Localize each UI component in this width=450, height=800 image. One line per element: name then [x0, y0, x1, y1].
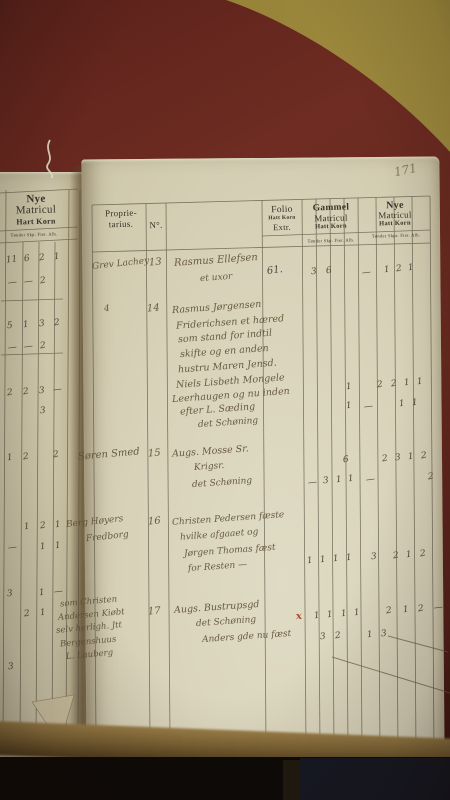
figure: — — [363, 402, 373, 412]
figure: 3 — [322, 477, 329, 487]
figure: 2 — [22, 453, 29, 463]
figure: 2 — [23, 610, 30, 620]
figure: 3 — [310, 268, 317, 278]
figure: 1 — [383, 266, 390, 276]
figure: 3 — [6, 590, 13, 600]
margin-note: 4 — [104, 305, 110, 314]
figure: 2 — [53, 319, 60, 329]
entry-number: 15 — [148, 449, 161, 460]
ledger-photo: 171 Nye Matricul Hart Korn Tønder Skp. F… — [0, 0, 450, 800]
figure: 2 — [39, 522, 46, 532]
figure: 1 — [39, 543, 46, 553]
figure: 11 — [5, 255, 17, 265]
figure: 1 — [405, 551, 412, 561]
figure: 2 — [52, 451, 59, 461]
figure: — — [23, 342, 33, 352]
col-proprietarius-line1: Proprie- — [98, 208, 144, 218]
figure: 2 — [385, 607, 392, 617]
figure: 3 — [38, 387, 45, 397]
figure: — — [307, 478, 317, 488]
figure: 1 — [407, 264, 414, 274]
figure: 1 — [345, 383, 352, 393]
figure: 3 — [319, 633, 326, 643]
figure: 3 — [38, 320, 45, 330]
figure: 6 — [23, 255, 30, 265]
figure: — — [365, 475, 375, 485]
figure: 2 — [39, 277, 46, 287]
figure: 3 — [370, 553, 377, 563]
figure: 1 — [347, 475, 354, 485]
figure: 1 — [345, 402, 352, 412]
entry-number: 14 — [147, 304, 160, 315]
figure: 2 — [395, 265, 402, 275]
figure: 2 — [419, 550, 426, 560]
figure: 1 — [402, 606, 409, 616]
figure: 2 — [427, 473, 434, 483]
figure: 1 — [306, 557, 313, 567]
figure: — — [433, 603, 443, 613]
figure: 1 — [335, 476, 342, 486]
figure: 1 — [403, 379, 410, 389]
figure: — — [7, 543, 17, 553]
figure: 1 — [6, 454, 13, 464]
left-header-hartkorn: Hart Korn — [8, 217, 64, 226]
figure: 2 — [22, 388, 29, 398]
figure: 2 — [38, 254, 45, 264]
figure: 1 — [416, 378, 423, 388]
figure: 6 — [325, 267, 332, 277]
entry-number: 16 — [148, 517, 161, 528]
figure: 2 — [6, 389, 13, 399]
figure: 1 — [332, 555, 339, 565]
left-header-matricul: Matricul — [4, 204, 68, 217]
figure: 2 — [420, 452, 427, 462]
figure: 1 — [54, 542, 61, 552]
figure: 1 — [39, 609, 46, 619]
figure: 1 — [38, 589, 45, 599]
figure: 1 — [345, 554, 352, 564]
figure: — — [7, 343, 17, 353]
figure: 5 — [6, 322, 13, 332]
figure: 1 — [313, 612, 320, 622]
col-folio-line3: Extr. — [263, 223, 301, 232]
pen-strokes — [332, 636, 450, 693]
red-cross-mark: x — [295, 612, 302, 623]
col-proprietarius-line2: tarius. — [98, 219, 144, 229]
figure: 1 — [54, 521, 61, 531]
dark-object-right — [300, 758, 450, 800]
figure: 1 — [398, 400, 405, 410]
figure: — — [7, 278, 17, 288]
figure: 1 — [22, 321, 29, 331]
figure: 3 — [39, 407, 46, 417]
figure: 1 — [53, 253, 60, 263]
figure: 3 — [7, 663, 14, 673]
figure: 3 — [380, 630, 387, 640]
dark-object-gap — [283, 760, 300, 800]
col-no: N°. — [146, 221, 166, 231]
figure: 2 — [417, 605, 424, 615]
figure: 2 — [381, 455, 388, 465]
figure: — — [52, 385, 62, 395]
figure: 1 — [23, 523, 30, 533]
figure: 3 — [394, 454, 401, 464]
figure: 1 — [340, 610, 347, 620]
figure: 2 — [334, 632, 341, 642]
figure: 1 — [353, 609, 360, 619]
figure: 6 — [342, 456, 349, 466]
entry-number: 17 — [148, 607, 161, 618]
right-page-rules — [92, 196, 434, 752]
figure: — — [361, 268, 371, 278]
figure: — — [23, 277, 33, 287]
thread — [47, 140, 52, 178]
figure: 1 — [319, 556, 326, 566]
figure: — — [53, 587, 63, 597]
figure: 1 — [366, 631, 373, 641]
figure: 1 — [326, 611, 333, 621]
figure: 2 — [39, 342, 46, 352]
figure: 1 — [407, 453, 414, 463]
figure: 2 — [376, 381, 383, 391]
folio-figure: 61. — [266, 265, 283, 277]
figure: 1 — [411, 399, 418, 409]
figure: 2 — [390, 380, 397, 390]
entry-number: 13 — [149, 258, 162, 269]
figure: 2 — [392, 552, 399, 562]
